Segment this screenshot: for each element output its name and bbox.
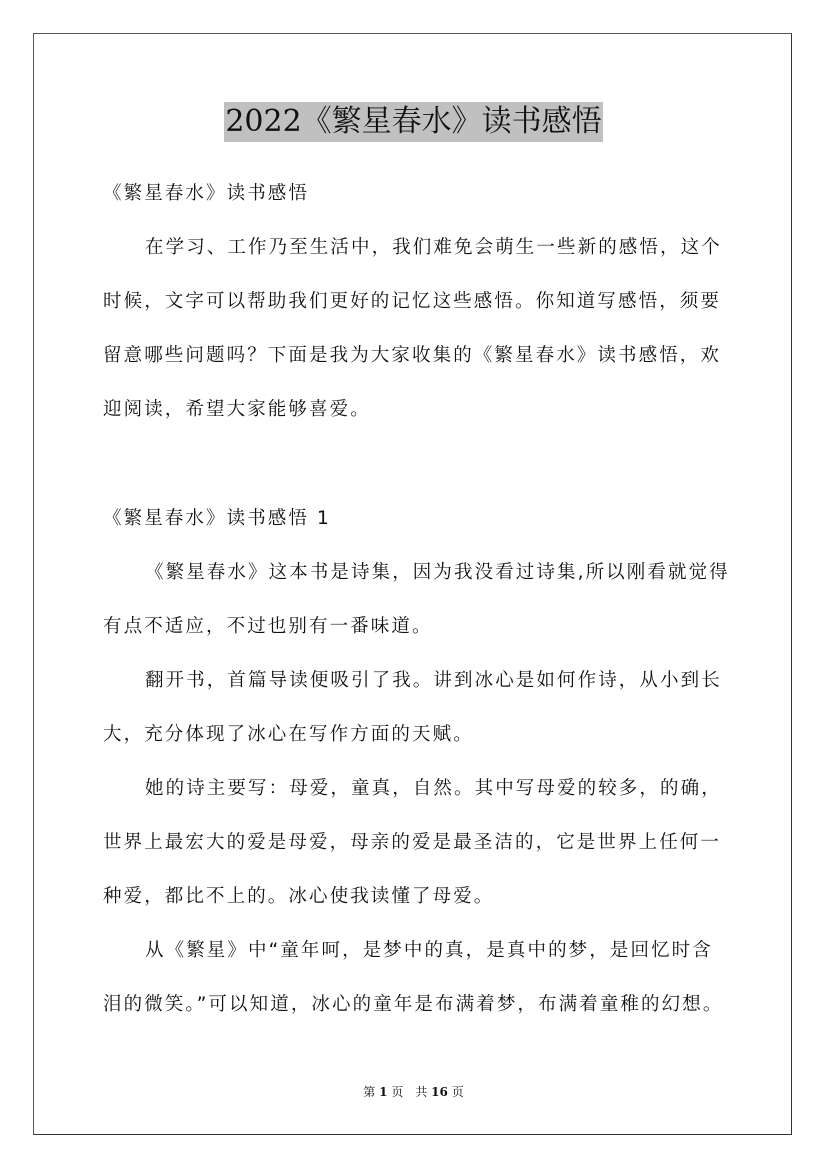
page-total: 16: [431, 1085, 448, 1099]
body-line: 从《繁星》中“童年呵，是梦中的真，是真中的梦，是回忆时含: [145, 939, 713, 963]
body-line: 有点不适应，不过也别有一番味道。: [103, 615, 433, 639]
page-suffix: 页: [452, 1085, 464, 1099]
intro-line: 迎阅读，希望大家能够喜爱。: [103, 398, 371, 422]
subtitle: 《繁星春水》读书感悟: [103, 182, 309, 206]
body-line: 翻开书，首篇导读便吸引了我。讲到冰心是如何作诗，从小到长: [145, 669, 722, 693]
page-current: 1: [379, 1085, 387, 1099]
body-line: 《繁星春水》这本书是诗集，因为我没看过诗集,所以刚看就觉得: [145, 561, 730, 585]
body-line: 大，充分体现了冰心在写作方面的天赋。: [103, 723, 474, 747]
page-footer: 第 1 页 共 16 页: [0, 1083, 827, 1100]
document-title: 2022《繁星春水》读书感悟: [224, 102, 602, 142]
body-line: 泪的微笑。”可以知道，冰心的童年是布满着梦，布满着童稚的幻想。: [103, 993, 723, 1017]
intro-line: 留意哪些问题吗？下面是我为大家收集的《繁星春水》读书感悟，欢: [103, 344, 721, 368]
title-wrap: 2022《繁星春水》读书感悟: [0, 102, 827, 142]
intro-line: 时候，文字可以帮助我们更好的记忆这些感悟。你知道写感悟，须要: [103, 290, 721, 314]
page-prefix: 第: [363, 1085, 375, 1099]
page-mid: 页 共: [391, 1085, 427, 1099]
body-line: 种爱，都比不上的。冰心使我读懂了母爱。: [103, 885, 494, 909]
body-line: 她的诗主要写：母爱，童真，自然。其中写母爱的较多，的确，: [145, 777, 722, 801]
section-heading: 《繁星春水》读书感悟 1: [103, 507, 331, 531]
intro-line: 在学习、工作乃至生活中，我们难免会萌生一些新的感悟，这个: [145, 236, 722, 260]
body-line: 世界上最宏大的爱是母爱，母亲的爱是最圣洁的，它是世界上任何一: [103, 831, 721, 855]
